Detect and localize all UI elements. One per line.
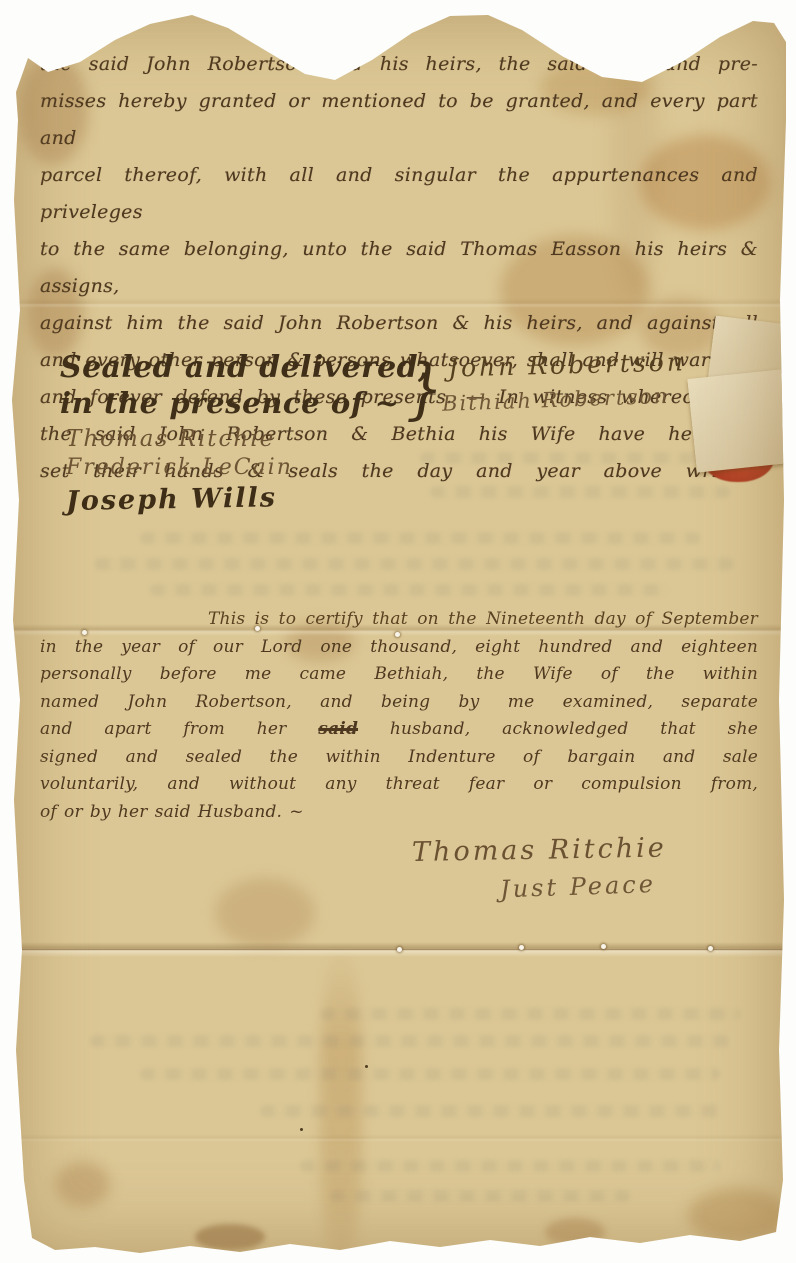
signature-bithiah-robertson: Bithiah Robertson bbox=[442, 382, 719, 416]
attestation-line-2: in the presence of ~ bbox=[60, 386, 405, 420]
bleed-through-line bbox=[90, 1035, 730, 1047]
certifier-signatures: Thomas Ritchie Just Peace bbox=[412, 834, 752, 899]
grantor-signatures: John Robertson Bithiah Robertson bbox=[448, 350, 718, 411]
deed-body-line: misses hereby granted or mentioned to be… bbox=[40, 83, 758, 157]
wafer-seal bbox=[686, 316, 794, 484]
certification-line: voluntarily, and without any threat fear… bbox=[40, 771, 758, 799]
deed-body-line: to the same belonging, unto the said Tho… bbox=[40, 231, 758, 305]
stain bbox=[320, 952, 362, 1263]
bleed-through-line bbox=[330, 1190, 630, 1202]
stain bbox=[688, 1188, 788, 1243]
certification-line-struck: and apart from her said husband, acknowl… bbox=[40, 716, 758, 744]
ink-speck bbox=[300, 1128, 303, 1131]
bleed-through-line bbox=[140, 1068, 720, 1080]
signature-frederick-lecain: Frederick LeCain bbox=[66, 455, 406, 480]
certifier-title: Just Peace bbox=[500, 867, 753, 904]
signature-thomas-ritchie: Thomas Ritchie bbox=[66, 426, 406, 452]
signature-joseph-wills: Joseph Wills bbox=[66, 480, 406, 517]
deed-body-text: the said John Robertson and his heirs, t… bbox=[40, 46, 758, 490]
bleed-through-line bbox=[260, 1105, 720, 1117]
witness-signatures: Thomas Ritchie Frederick LeCain Joseph W… bbox=[66, 426, 406, 514]
certification-text-after-strike: husband, acknowledged that she bbox=[358, 719, 758, 739]
deed-body-line: parcel thereof, with all and singular th… bbox=[40, 157, 758, 231]
attestation-brace: } bbox=[406, 349, 443, 427]
certification-line: named John Robertson, and being by me ex… bbox=[40, 689, 758, 717]
fold-crease bbox=[0, 942, 796, 957]
certification-line: This is to certify that on the Nineteent… bbox=[40, 606, 758, 634]
bleed-through-line bbox=[300, 1160, 720, 1172]
certification-text-before-strike: and apart from her bbox=[40, 719, 318, 739]
seal-paper-bottom bbox=[687, 369, 790, 472]
attestation-line-1: Sealed and delivered, bbox=[60, 350, 405, 385]
bleed-through-line bbox=[140, 532, 700, 544]
bleed-through-line bbox=[320, 1008, 740, 1020]
certification-block: This is to certify that on the Nineteent… bbox=[40, 606, 758, 826]
bleed-through-line bbox=[95, 558, 735, 570]
worm-hole bbox=[708, 946, 713, 951]
deed-body-line: the said John Robertson and his heirs, t… bbox=[40, 46, 758, 83]
worm-hole bbox=[601, 944, 606, 949]
signature-john-robertson: John Robertson bbox=[448, 346, 719, 382]
stain bbox=[545, 1218, 605, 1246]
certification-line: signed and sealed the within Indenture o… bbox=[40, 744, 758, 772]
strikethrough-word: said bbox=[318, 719, 358, 739]
fold-crease bbox=[0, 1134, 796, 1142]
worm-hole bbox=[519, 945, 524, 950]
worm-hole bbox=[397, 947, 402, 952]
deed-body-line: against him the said John Robertson & hi… bbox=[40, 305, 758, 342]
certifier-signature: Thomas Ritchie bbox=[412, 831, 752, 868]
stain bbox=[55, 1162, 110, 1207]
bleed-through-line bbox=[150, 584, 670, 596]
scan-background: the said John Robertson and his heirs, t… bbox=[0, 0, 796, 1263]
certification-line: of or by her said Husband. ~ bbox=[40, 799, 758, 827]
attestation-clause: Sealed and delivered, in the presence of… bbox=[60, 350, 405, 420]
certification-line: personally before me came Bethiah, the W… bbox=[40, 661, 758, 689]
deed-paper: the said John Robertson and his heirs, t… bbox=[0, 0, 796, 1263]
ink-speck bbox=[365, 1065, 368, 1068]
stain bbox=[215, 878, 315, 948]
stain bbox=[195, 1224, 265, 1250]
certification-line: in the year of our Lord one thousand, ei… bbox=[40, 634, 758, 662]
